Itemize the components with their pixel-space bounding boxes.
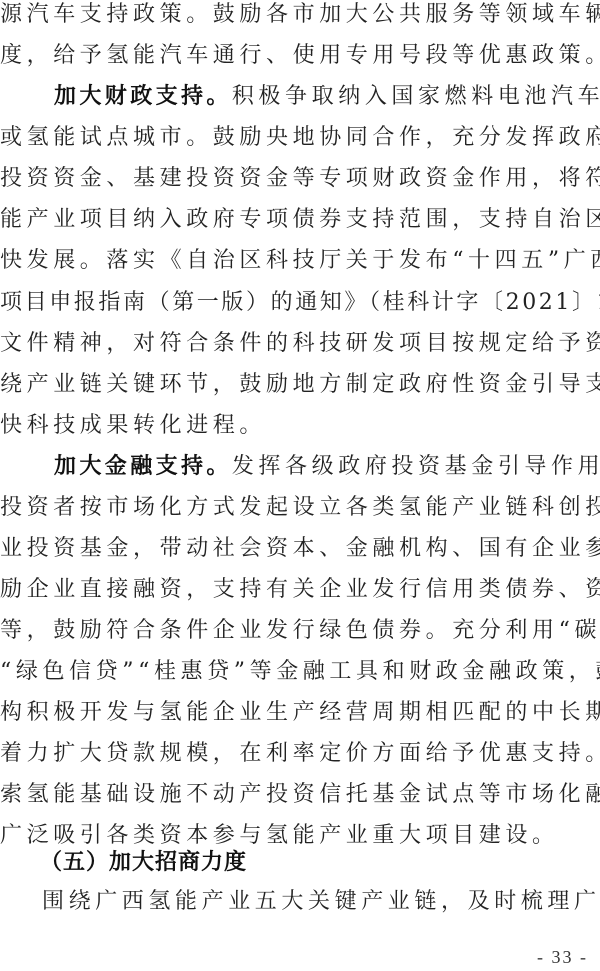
text-line: “绿色信贷”“桂惠贷”等金融工具和财政金融政策，鼓励金融机 bbox=[0, 657, 600, 687]
text-line: 快科技成果转化进程。 bbox=[0, 411, 266, 441]
text-line: 快发展。落实《自治区科技厅关于发布“十四五”广西科技计划 bbox=[0, 246, 600, 276]
text-line: 度，给予氢能汽车通行、使用专用号段等优惠政策。 bbox=[0, 41, 600, 71]
paragraph-fiscal-support-start: 加大财政支持。积极争取纳入国家燃料电池汽车示范城市群 bbox=[54, 82, 600, 112]
text-line: 文件精神，对符合条件的科技研发项目按规定给予资金支持。围 bbox=[0, 329, 600, 359]
paragraph-financial-support-start: 加大金融支持。发挥各级政府投资基金引导作用，鼓励合格 bbox=[54, 452, 600, 482]
text-line: 项目申报指南（第一版）的通知》（桂科计字〔2021〕100 号）等 bbox=[0, 288, 600, 318]
text-span: 发挥各级政府投资基金引导作用，鼓励合格 bbox=[232, 454, 600, 479]
document-page: 源汽车支持政策。鼓励各市加大公共服务等领域车辆运营支持力 度，给予氢能汽车通行、… bbox=[0, 0, 600, 971]
section-heading: （五）加大招商力度 bbox=[40, 848, 247, 878]
text-line: 投资者按市场化方式发起设立各类氢能产业链科创投资基金、产 bbox=[0, 493, 600, 523]
text-line: 或氢能试点城市。鼓励央地协同合作，充分发挥政府中央预算内 bbox=[0, 123, 600, 153]
text-line: 励企业直接融资，支持有关企业发行信用类债券、资产支持证券 bbox=[0, 575, 600, 605]
text-line: 构积极开发与氢能企业生产经营周期相匹配的中长期信贷产品， bbox=[0, 698, 600, 728]
financial-support-heading: 加大金融支持。 bbox=[54, 454, 232, 479]
text-line: 能产业项目纳入政府专项债券支持范围，支持自治区氢能产业加 bbox=[0, 205, 600, 235]
text-line: 索氢能基础设施不动产投资信托基金试点等市场化融资新路径， bbox=[0, 780, 600, 810]
text-line: 业投资基金，带动社会资本、金融机构、国有企业参与投资。鼓 bbox=[0, 534, 600, 564]
text-line: 围绕广西氢能产业五大关键产业链，及时梳理广西产业特色 bbox=[42, 887, 600, 917]
text-line: 源汽车支持政策。鼓励各市加大公共服务等领域车辆运营支持力 bbox=[0, 0, 600, 30]
text-line: 投资资金、基建投资资金等专项财政资金作用，将符合条件的氢 bbox=[0, 164, 600, 194]
text-line: 着力扩大贷款规模，在利率定价方面给予优惠支持。鼓励企业探 bbox=[0, 739, 600, 769]
text-line: 绕产业链关键环节，鼓励地方制定政府性资金引导支持政策，加 bbox=[0, 370, 600, 400]
fiscal-support-heading: 加大财政支持。 bbox=[54, 84, 232, 109]
text-span: 积极争取纳入国家燃料电池汽车示范城市群 bbox=[232, 84, 600, 109]
page-number: - 33 - bbox=[537, 945, 588, 969]
text-line: 等，鼓励符合条件企业发行绿色债券。充分利用“碳减排贷款” bbox=[0, 616, 600, 646]
text-line: 广泛吸引各类资本参与氢能产业重大项目建设。 bbox=[0, 821, 559, 851]
